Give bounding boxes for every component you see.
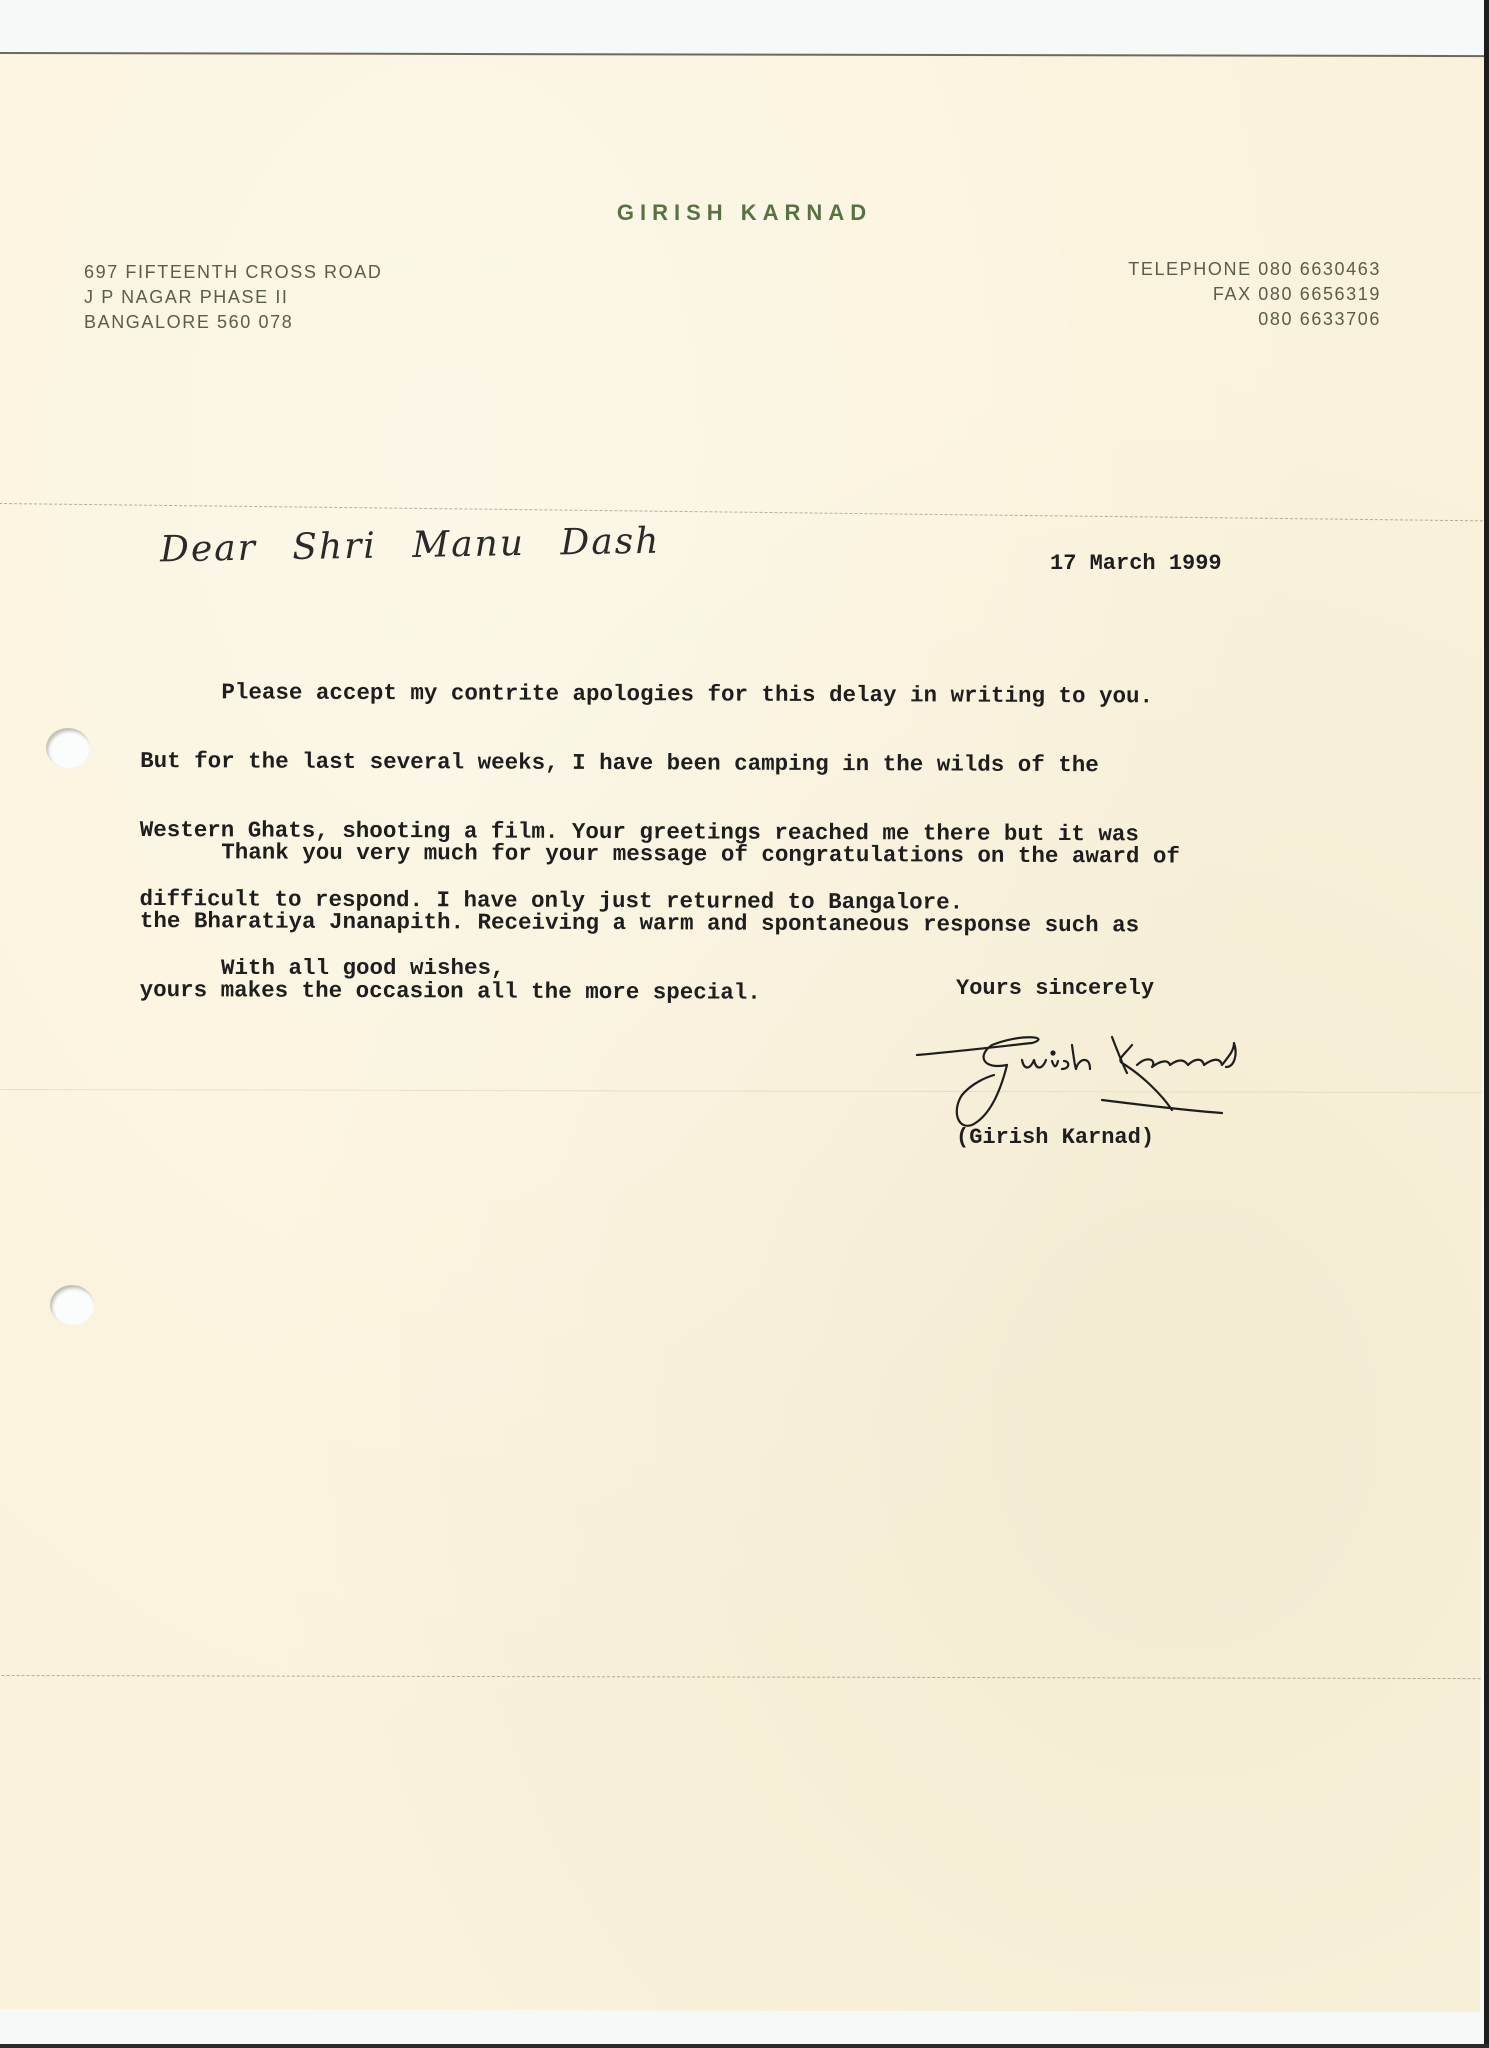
fax-line: FAX 080 6656319: [1128, 282, 1381, 307]
text-line: Please accept my contrite apologies for …: [140, 681, 1340, 709]
address-line: BANGALORE 560 078: [84, 310, 382, 335]
telephone-line: TELEPHONE 080 6630463: [1128, 257, 1381, 282]
letter-date: 17 March 1999: [1050, 551, 1222, 576]
scan-edge-right: [1484, 0, 1489, 2048]
phone-alt-line: 080 6633706: [1128, 307, 1381, 332]
text-line: With all good wishes,: [140, 957, 1340, 980]
punch-hole-upper: [46, 728, 90, 768]
scan-edge-bottom: [0, 2044, 1489, 2048]
address-line: 697 FIFTEENTH CROSS ROAD: [84, 260, 382, 285]
punch-hole-lower: [50, 1285, 94, 1325]
letterhead-address: 697 FIFTEENTH CROSS ROAD J P NAGAR PHASE…: [84, 260, 382, 335]
address-line: J P NAGAR PHASE II: [84, 285, 382, 310]
letterhead-contacts: TELEPHONE 080 6630463 FAX 080 6656319 08…: [1128, 257, 1381, 332]
text-line: But for the last several weeks, I have b…: [140, 750, 1340, 778]
typed-name: (Girish Karnad): [956, 1125, 1154, 1150]
letterhead-name: GIRISH KARNAD: [0, 200, 1489, 226]
fold-crease-upper: [0, 503, 1483, 521]
closing: Yours sincerely: [956, 976, 1154, 1001]
handwritten-signature: [912, 1015, 1312, 1130]
paragraph-wishes: With all good wishes,: [140, 911, 1340, 1003]
handwritten-salutation: Dear Shri Manu Dash: [160, 521, 661, 571]
fold-crease-lower: [0, 1675, 1481, 1679]
text-line: Thank you very much for your message of …: [140, 841, 1340, 869]
